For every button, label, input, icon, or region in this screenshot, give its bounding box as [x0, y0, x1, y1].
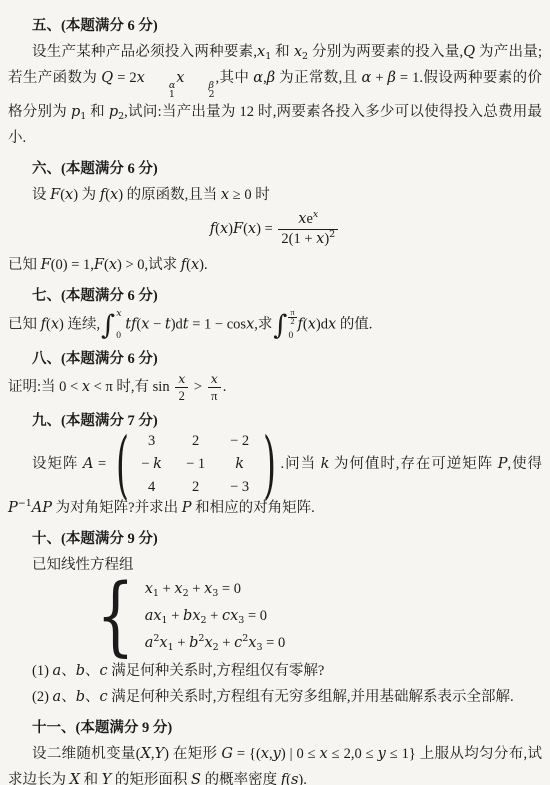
- text-run: =: [93, 456, 110, 472]
- upper-bound: x: [116, 309, 124, 319]
- math-variable: P: [182, 500, 192, 516]
- math-variable: x: [65, 187, 73, 203]
- integral-icon: ∫: [273, 312, 287, 339]
- text-run: = {(: [233, 746, 261, 762]
- math-variable: x: [116, 308, 121, 319]
- text-run: +: [168, 608, 183, 624]
- fraction: x2: [175, 372, 188, 403]
- math-variable: x: [174, 581, 182, 597]
- text-run: 2(1 +: [281, 231, 316, 247]
- text-run: .: [223, 379, 227, 395]
- math-variable: x: [261, 746, 269, 762]
- text-run: 十一、(本题满分 9 分): [32, 720, 172, 736]
- text-run: = 0: [218, 581, 241, 597]
- text-run: ) > 0,试求: [117, 257, 181, 273]
- math-variable: x: [204, 635, 212, 651]
- text-run: (0) = 1,: [51, 257, 94, 273]
- math-variable: F: [50, 187, 60, 203]
- problem-heading: 十、(本题满分 9 分): [8, 526, 542, 552]
- math-variable: x: [137, 70, 145, 86]
- integral: ∫x0: [101, 309, 124, 341]
- integral: ∫π20: [273, 309, 296, 341]
- matrix-cell: 4: [141, 480, 163, 495]
- paragraph: 设 F(x) 为 f(x) 的原函数,且当 x ≥ 0 时: [8, 182, 542, 208]
- text-run: (2): [32, 689, 53, 705]
- text-run: = 2: [113, 70, 136, 86]
- text-run: +: [174, 635, 189, 651]
- math-variable: x: [211, 371, 218, 386]
- math-variable: β: [267, 70, 275, 86]
- matrix-cell: − 1: [185, 457, 207, 472]
- paragraph: 设矩阵 A = (32− 2− k− 1k42− 3).问当 k 为何值时,存在…: [8, 434, 542, 521]
- text-run: = 1 − cos: [189, 316, 246, 332]
- text-run: 为何值时,存在可逆矩阵: [329, 456, 497, 472]
- equation-line: ax1 + bx2 + cx3 = 0: [145, 608, 285, 624]
- paragraph: 设生产某种产品必须投入两种要素,x1 和 x2 分别为两要素的投入量,Q 为产出…: [8, 39, 542, 151]
- text-run: ) 的原函数,且当: [118, 187, 221, 203]
- right-paren: ): [263, 435, 276, 495]
- integral-icon: ∫: [101, 312, 115, 339]
- math-variable: x: [220, 221, 228, 237]
- sub-sup-stack: α1: [145, 81, 175, 99]
- math-variable: Y: [102, 772, 112, 785]
- text-run: < π 时,有 sin: [90, 379, 173, 395]
- text-run: ,求: [254, 316, 272, 332]
- paragraph: 已知线性方程组: [8, 552, 542, 578]
- fraction: xex2(1 + x)2: [278, 211, 338, 248]
- equation-system: {x1 + x2 + x3 = 0ax1 + bx2 + cx3 = 0a2x1…: [88, 581, 285, 651]
- text-run: 3: [148, 433, 155, 449]
- system-lines: x1 + x2 + x3 = 0ax1 + bx2 + cx3 = 0a2x1 …: [145, 581, 285, 651]
- math-variable: x: [328, 316, 336, 332]
- text-run: π: [211, 389, 217, 403]
- problem-heading: 五、(本题满分 6 分): [8, 13, 542, 39]
- math-variable: bx: [183, 608, 200, 624]
- math-variable: Q: [463, 44, 475, 60]
- text-run: .问当: [281, 456, 321, 472]
- math-variable: k: [153, 456, 162, 472]
- paragraph: (1) a、b、c 满足何种关系时,方程组仅有零解?: [8, 658, 542, 684]
- math-variable: X: [141, 746, 151, 762]
- text-run: +: [207, 608, 222, 624]
- subscript: 1: [145, 90, 175, 99]
- text-run: )d: [316, 316, 328, 332]
- text-run: 为正常数,且: [275, 70, 361, 86]
- math-variable: cx: [222, 608, 238, 624]
- matrix-cell: 2: [185, 480, 207, 495]
- math-variable: A: [83, 456, 93, 472]
- text-run: 0: [288, 331, 293, 341]
- text-run: 设矩阵: [32, 456, 83, 472]
- math-variable: S: [191, 772, 201, 785]
- math-variable: y: [273, 746, 281, 762]
- paragraph: 已知 f(x) 连续,∫x0tf(x − t)dt = 1 − cosx,求∫π…: [8, 309, 542, 341]
- paragraph: 设二维随机变量(X,Y) 在矩形 G = {(x,y) | 0 ≤ x ≤ 2,…: [8, 741, 542, 785]
- text-run: ) =: [256, 221, 276, 237]
- matrix-cell: − 3: [229, 480, 251, 495]
- math-variable: x: [294, 44, 302, 60]
- math-variable: tf: [125, 316, 136, 332]
- denominator: 2: [288, 318, 296, 326]
- lower-bound: 0: [288, 331, 296, 341]
- superscript: x: [313, 209, 318, 220]
- math-variable: ax: [145, 608, 162, 624]
- text-run: 已知: [8, 316, 41, 332]
- math-variable: x: [308, 316, 316, 332]
- text-run: ) 为: [73, 187, 100, 203]
- lower-bound: 0: [116, 331, 124, 341]
- math-variable: c: [100, 689, 108, 705]
- text-run: 和: [271, 44, 294, 60]
- math-variable: β: [388, 70, 396, 86]
- text-run: −: [141, 456, 153, 472]
- superscript: −1: [18, 498, 32, 509]
- integral-bounds: π20: [288, 309, 296, 341]
- matrix-cell: 2: [185, 434, 207, 449]
- text-run: 已知: [8, 257, 41, 273]
- sub-sup-stack: β2: [184, 81, 214, 99]
- math-variable: F: [41, 257, 51, 273]
- math-variable: x: [178, 371, 185, 386]
- math-variable: x: [320, 746, 328, 762]
- text-run: 的矩形面积: [111, 772, 191, 785]
- text-run: − 1: [186, 456, 205, 472]
- math-variable: X: [70, 772, 80, 785]
- text-run: ) | 0 ≤: [281, 746, 320, 762]
- equation-line: a2x1 + b2x2 + c2x3 = 0: [145, 635, 285, 651]
- text-run: (1): [32, 663, 53, 679]
- text-run: 和相应的对角矩阵.: [191, 500, 314, 516]
- text-run: −: [149, 316, 164, 332]
- matrix: (32− 2− k− 1k42− 3): [112, 434, 280, 495]
- math-variable: F: [94, 257, 104, 273]
- math-variable: y: [378, 746, 386, 762]
- math-variable: Y: [155, 746, 165, 762]
- text-run: 七、(本题满分 6 分): [32, 288, 158, 304]
- math-variable: x: [221, 187, 229, 203]
- math-variable: x: [51, 316, 59, 332]
- exam-page: 五、(本题满分 6 分)设生产某种产品必须投入两种要素,x1 和 x2 分别为两…: [0, 0, 550, 785]
- text-run: ).: [298, 772, 306, 785]
- text-run: = 0: [244, 608, 267, 624]
- upper-bound: π2: [288, 309, 296, 326]
- matrix-cell: − k: [141, 457, 163, 472]
- text-run: 、: [61, 689, 76, 705]
- math-variable: a: [53, 663, 62, 679]
- text-run: 五、(本题满分 6 分): [32, 18, 158, 34]
- text-run: ≤ 2,0 ≤: [328, 746, 378, 762]
- math-variable: x: [82, 379, 90, 395]
- subscript: 2: [184, 90, 214, 99]
- matrix-cell: − 2: [229, 434, 251, 449]
- text-run: 九、(本题满分 7 分): [32, 413, 158, 429]
- display-formula: f(x)F(x) = xex2(1 + x)2: [8, 211, 542, 248]
- denominator: 2(1 + x)2: [278, 230, 338, 248]
- text-run: +: [219, 635, 234, 651]
- numerator: x: [175, 372, 188, 388]
- text-run: 设二维随机变量(: [32, 746, 141, 762]
- left-brace-icon: {: [96, 581, 134, 651]
- text-run: − 2: [230, 433, 249, 449]
- text-run: 4: [148, 479, 155, 495]
- text-run: 设生产某种产品必须投入两种要素,: [32, 44, 257, 60]
- matrix-grid: 32− 2− k− 1k42− 3: [133, 434, 259, 495]
- math-variable: F: [233, 221, 243, 237]
- text-run: 的概率密度: [201, 772, 281, 785]
- paragraph: (2) a、b、c 满足何种关系时,方程组有无穷多组解,并用基础解系表示全部解.: [8, 684, 542, 710]
- paragraph: 证明:当 0 < x < π 时,有 sin x2 > xπ.: [8, 372, 542, 403]
- math-variable: x: [109, 257, 117, 273]
- text-run: 和: [86, 104, 109, 120]
- math-variable: b: [76, 689, 85, 705]
- math-variable: k: [235, 456, 244, 472]
- math-variable: x: [257, 44, 265, 60]
- document-body: 五、(本题满分 6 分)设生产某种产品必须投入两种要素,x1 和 x2 分别为两…: [8, 13, 542, 785]
- math-variable: x: [159, 635, 167, 651]
- paragraph: 已知 F(0) = 1,F(x) > 0,试求 f(x).: [8, 252, 542, 278]
- matrix-cell: k: [229, 457, 251, 472]
- math-variable: P: [8, 500, 18, 516]
- math-variable: x: [110, 187, 118, 203]
- text-run: 六、(本题满分 6 分): [32, 161, 158, 177]
- text-run: +: [371, 70, 387, 86]
- text-run: +: [159, 581, 174, 597]
- math-variable: x: [191, 257, 199, 273]
- math-variable: p: [71, 104, 80, 120]
- numerator: xex: [278, 211, 338, 230]
- numerator: x: [208, 372, 221, 388]
- math-variable: b: [76, 663, 85, 679]
- text-run: ,其中: [215, 70, 253, 86]
- text-run: 满足何种关系时,方程组仅有零解?: [108, 663, 325, 679]
- text-run: ) 连续,: [59, 316, 100, 332]
- text-run: )d: [171, 316, 183, 332]
- matrix-cell: 3: [141, 434, 163, 449]
- text-run: ,使得: [507, 456, 542, 472]
- integral-bounds: x0: [116, 309, 124, 341]
- math-variable: G: [221, 746, 233, 762]
- text-run: 2: [179, 389, 185, 403]
- text-run: +: [189, 581, 204, 597]
- left-paren: (: [116, 435, 129, 495]
- text-run: 十、(本题满分 9 分): [32, 531, 158, 547]
- text-run: 2: [192, 433, 199, 449]
- text-run: 和: [80, 772, 102, 785]
- text-run: 的值.: [336, 316, 372, 332]
- superscript: 2: [329, 229, 335, 240]
- math-variable: b: [189, 635, 198, 651]
- math-variable: p: [109, 104, 118, 120]
- text-run: >: [190, 379, 205, 395]
- math-variable: Q: [101, 70, 113, 86]
- text-run: 、: [61, 663, 76, 679]
- text-run: 八、(本题满分 6 分): [32, 351, 158, 367]
- problem-heading: 八、(本题满分 6 分): [8, 346, 542, 372]
- math-variable: α: [362, 70, 372, 86]
- denominator: π: [208, 388, 221, 403]
- fraction: xπ: [208, 372, 221, 403]
- equation-line: x1 + x2 + x3 = 0: [145, 581, 285, 597]
- text-run: 满足何种关系时,方程组有无穷多组解,并用基础解系表示全部解.: [108, 689, 514, 705]
- problem-heading: 十一、(本题满分 9 分): [8, 715, 542, 741]
- problem-heading: 六、(本题满分 6 分): [8, 156, 542, 182]
- display-formula: {x1 + x2 + x3 = 0ax1 + bx2 + cx3 = 0a2x1…: [88, 581, 542, 654]
- text-run: 、: [85, 689, 100, 705]
- math-variable: α: [253, 70, 263, 86]
- math-variable: a: [53, 689, 62, 705]
- text-run: 0: [116, 331, 121, 341]
- text-run: ) 在矩形: [164, 746, 221, 762]
- text-run: π: [290, 308, 294, 317]
- math-variable: x: [248, 221, 256, 237]
- denominator: 2: [175, 388, 188, 403]
- text-run: − 3: [230, 479, 249, 495]
- problem-heading: 七、(本题满分 6 分): [8, 283, 542, 309]
- math-variable: x: [145, 581, 153, 597]
- text-run: 设: [32, 187, 50, 203]
- text-run: 2: [192, 479, 199, 495]
- text-run: 分别为两要素的投入量,: [308, 44, 463, 60]
- text-run: 证明:当 0 <: [8, 379, 82, 395]
- text-run: ).: [199, 257, 207, 273]
- fraction: π2: [288, 309, 296, 326]
- math-variable: x: [176, 70, 184, 86]
- text-run: 2: [290, 317, 294, 326]
- math-variable: AP: [32, 500, 52, 516]
- text-run: = 0: [263, 635, 286, 651]
- text-run: ≥ 0 时: [229, 187, 270, 203]
